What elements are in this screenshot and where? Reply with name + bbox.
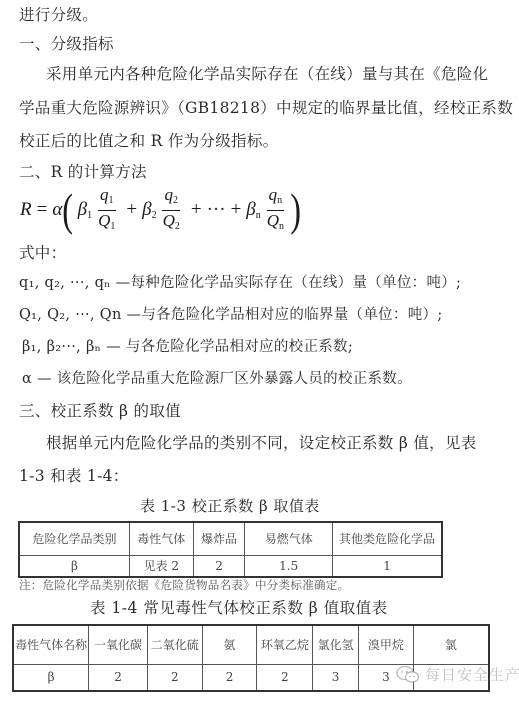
section-heading-3: 三、校正系数 β 的取值 [19, 401, 181, 421]
paragraph-line: 采用单元内各种危险化学品实际存在（在线）量与其在《危险化 [46, 64, 488, 84]
table-header-row: 危险化学品类别 毒性气体 爆炸品 易燃气体 其他类危险化学品 [19, 522, 442, 555]
Q-variables: Q₁, Q₂, ···, Qn [19, 307, 122, 323]
table-cell: 环氧乙烷 [257, 625, 313, 664]
table-cell: 氯化氢 [313, 625, 359, 664]
text-line: 进行分级。 [19, 5, 98, 25]
table-cell: 二氧化硫 [147, 625, 202, 664]
table-row: β 见表 2 2 1.5 1 [19, 555, 442, 577]
table-1-4-caption: 表 1-4 常见毒性气体校正系数 β 值取值表 [90, 599, 388, 617]
table-cell: 2 [193, 555, 245, 577]
formula-left-paren: ( [63, 188, 74, 232]
section-heading-1: 一、分级指标 [19, 34, 114, 54]
formula-fraction-1: q1 Q1 [96, 185, 117, 236]
paragraph-line: 1-3 和表 1-4： [19, 466, 129, 486]
beta-variables: β₁, β₂···, βₙ [22, 339, 101, 355]
r-formula: R = α ( β1 q1 Q1 + β2 q2 Q2 + ··· + βn q… [20, 188, 301, 232]
table-cell: 危险化学品类别 [19, 522, 129, 555]
table-cell: 毒性气体名称 [13, 625, 89, 664]
where-label: 式中： [19, 243, 66, 263]
table-cell: 其他类危险化学品 [333, 522, 442, 555]
table-cell: 毒性气体 [129, 522, 193, 555]
watermark-text: 每日安全生产 [425, 664, 519, 685]
table-1-3: 危险化学品类别 毒性气体 爆炸品 易燃气体 其他类危险化学品 β 见表 2 2 … [18, 521, 443, 578]
formula-right-paren: ) [290, 188, 301, 232]
definition-beta: β₁, β₂···, βₙ — 与各危险化学品相对应的校正系数; [22, 337, 353, 357]
table-cell: 见表 2 [129, 555, 193, 577]
paragraph-line: 校正后的比值之和 R 作为分级指标。 [19, 131, 278, 151]
table-cell: 1.5 [245, 555, 333, 577]
paragraph-line: 根据单元内危险化学品的类别不同，设定校正系数 β 值，见表 [46, 433, 477, 453]
section-heading-2: 二、R 的计算方法 [19, 162, 147, 182]
Q-description: —与各危险化学品相对应的临界量（单位：吨）; [127, 307, 443, 323]
table-cell: 2 [89, 664, 148, 691]
definition-Q: Q₁, Q₂, ···, Qn —与各危险化学品相对应的临界量（单位：吨）; [19, 305, 443, 325]
table-cell: 溴甲烷 [359, 625, 414, 664]
table-cell: 易燃气体 [245, 522, 333, 555]
formula-plus: + [231, 199, 242, 221]
definition-alpha: α — 该危险化学品重大危险源厂区外暴露人员的校正系数。 [22, 369, 412, 389]
table-cell: 2 [257, 664, 313, 691]
table-cell: 2 [147, 664, 202, 691]
formula-fraction-2: q2 Q2 [161, 185, 182, 236]
q-description: —每种危险化学品实际存在（在线）量（单位：吨）; [116, 275, 462, 291]
paragraph-line: 学品重大危险源辨识》（GB18218）中规定的临界量比值，经校正系数 [19, 98, 513, 118]
table-cell: 爆炸品 [193, 522, 245, 555]
table-cell: 3 [313, 664, 359, 691]
formula-fraction-n: qn Qn [265, 185, 286, 236]
watermark: 每日安全生产 [396, 664, 519, 685]
table-cell: β [13, 664, 89, 691]
table-1-3-note: 注：危险化学品类别依据《危险货物品名表》中分类标准确定。 [19, 577, 349, 593]
formula-ellipsis: ··· [207, 199, 226, 221]
table-header-row: 毒性气体名称 一氧化碳 二氧化硫 氨 环氧乙烷 氯化氢 溴甲烷 氯 [13, 625, 489, 664]
beta-description: — 与各危险化学品相对应的校正系数; [106, 339, 353, 355]
formula-beta-n: βn [246, 199, 260, 221]
formula-plus: + [191, 199, 202, 221]
table-cell: 一氧化碳 [89, 625, 148, 664]
definition-q: q₁, q₂, ···, qₙ —每种危险化学品实际存在（在线）量（单位：吨）; [19, 273, 461, 293]
formula-beta-1: β1 [78, 199, 92, 221]
formula-equals: = [37, 199, 48, 221]
formula-plus: + [126, 199, 137, 221]
q-variables: q₁, q₂, ···, qₙ [19, 275, 111, 291]
table-cell: 1 [333, 555, 442, 577]
table-cell: 氨 [202, 625, 257, 664]
wechat-icon [396, 665, 420, 685]
table-1-3-caption: 表 1-3 校正系数 β 取值表 [140, 497, 320, 515]
formula-lhs: R [20, 199, 32, 221]
table-cell: 氯 [413, 625, 489, 664]
table-cell: β [19, 555, 129, 577]
formula-alpha: α [52, 199, 62, 221]
formula-beta-2: β2 [142, 199, 156, 221]
table-cell: 2 [202, 664, 257, 691]
